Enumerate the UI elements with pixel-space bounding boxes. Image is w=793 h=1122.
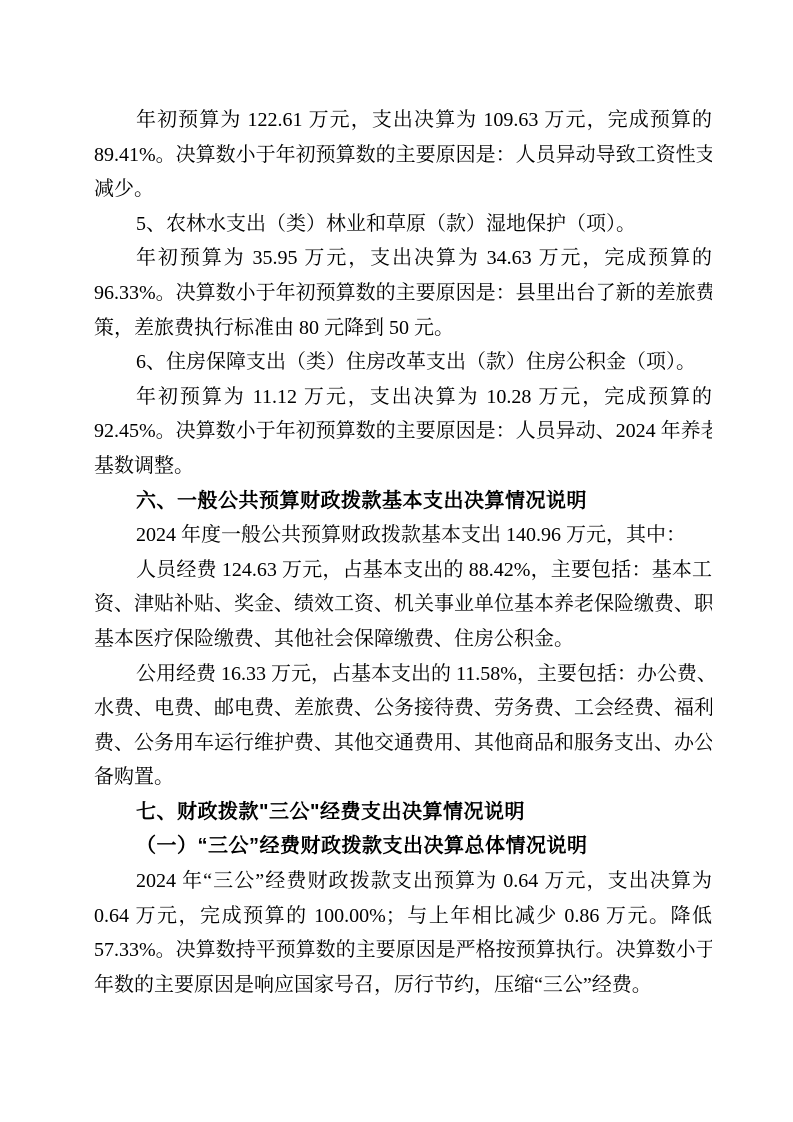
section-heading: 六、一般公共预算财政拨款基本支出决算情况说明 [94, 484, 712, 519]
paragraph-line: 年初预算为 35.95 万元，支出决算为 34.63 万元，完成预算的 [94, 241, 712, 276]
paragraph-line: 资、津贴补贴、奖金、绩效工资、机关事业单位基本养老保险缴费、职工 [94, 587, 712, 622]
paragraph-line: 减少。 [94, 172, 712, 207]
paragraph-line: 水费、电费、邮电费、差旅费、公务接待费、劳务费、工会经费、福利 [94, 691, 712, 726]
document-text-block: 年初预算为 122.61 万元，支出决算为 109.63 万元，完成预算的89.… [94, 103, 712, 1002]
paragraph-line: 年数的主要原因是响应国家号召，厉行节约，压缩“三公”经费。 [94, 968, 712, 1003]
paragraph-line: 57.33%。决算数持平预算数的主要原因是严格按预算执行。决算数小于上 [94, 933, 712, 968]
section-heading: 七、财政拨款"三公"经费支出决算情况说明 [94, 795, 712, 830]
paragraph-line: 费、公务用车运行维护费、其他交通费用、其他商品和服务支出、办公设 [94, 726, 712, 761]
paragraph-line: 年初预算为 122.61 万元，支出决算为 109.63 万元，完成预算的 [94, 103, 712, 138]
paragraph-line: 策，差旅费执行标准由 80 元降到 50 元。 [94, 311, 712, 346]
paragraph-line: 人员经费 124.63 万元，占基本支出的 88.42%，主要包括：基本工 [94, 553, 712, 588]
document-page: 年初预算为 122.61 万元，支出决算为 109.63 万元，完成预算的89.… [0, 0, 793, 1122]
paragraph-line: 基数调整。 [94, 449, 712, 484]
paragraph-line: 89.41%。决算数小于年初预算数的主要原因是：人员异动导致工资性支出 [94, 138, 712, 173]
paragraph-line: 6、住房保障支出（类）住房改革支出（款）住房公积金（项）。 [94, 345, 712, 380]
paragraph-line: 92.45%。决算数小于年初预算数的主要原因是：人员异动、2024 年养老 [94, 414, 712, 449]
paragraph-line: 5、农林水支出（类）林业和草原（款）湿地保护（项）。 [94, 207, 712, 242]
paragraph-line: 0.64 万元，完成预算的 100.00%；与上年相比减少 0.86 万元。降低 [94, 899, 712, 934]
paragraph-line: 年初预算为 11.12 万元，支出决算为 10.28 万元，完成预算的 [94, 380, 712, 415]
paragraph-line: 公用经费 16.33 万元，占基本支出的 11.58%，主要包括：办公费、 [94, 657, 712, 692]
paragraph-line: 2024 年“三公”经费财政拨款支出预算为 0.64 万元，支出决算为 [94, 864, 712, 899]
paragraph-line: 2024 年度一般公共预算财政拨款基本支出 140.96 万元，其中： [94, 518, 712, 553]
subsection-heading: （一）“三公”经费财政拨款支出决算总体情况说明 [94, 829, 712, 864]
paragraph-line: 备购置。 [94, 760, 712, 795]
paragraph-line: 96.33%。决算数小于年初预算数的主要原因是：县里出台了新的差旅费政 [94, 276, 712, 311]
paragraph-line: 基本医疗保险缴费、其他社会保障缴费、住房公积金。 [94, 622, 712, 657]
